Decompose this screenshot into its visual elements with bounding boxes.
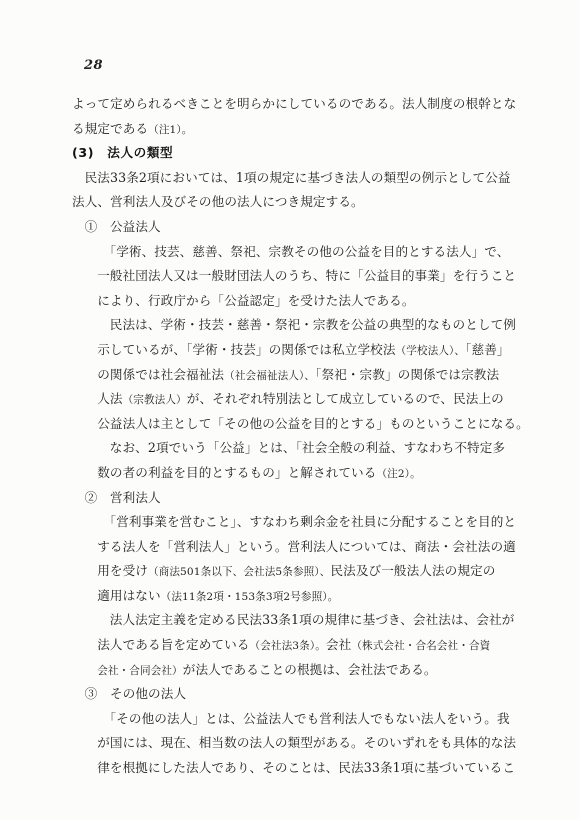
text-line: 民法33条2項においては、1項の規定に基づき法人の類型の例示として公益 [72,166,532,191]
text-line: 適用はない（法11条2項・153条3項2号参照）。 [72,584,532,609]
text-segment: 民法及び一般法人法の規定の [330,563,495,578]
text-line: 用を受け（商法501条以下、会社法5条参照）、民法及び一般法人法の規定の [72,559,532,584]
page-number: 28 [84,58,103,73]
text-segment: 会社 [326,637,351,652]
text-segment: 法人、営利法人及びその他の法人につき規定する。 [72,194,364,209]
text-segment: の関係では社会福祉法 [97,367,224,382]
text-segment: （学校法人）、 [396,345,466,357]
text-segment: よって定められるべきことを明らかにしているのである。法人制度の根幹とな [72,96,516,111]
text-line: なお、2項でいう「公益」とは、「社会全般の利益、すなわち不特定多 [72,436,532,461]
text-segment: （株式会社・合名会社・合資 [351,640,490,652]
text-segment: が法人であることの根拠は、会社法である。 [183,662,437,677]
text-line: 「営利事業を営むこと」、すなわち剰余金を社員に分配することを目的と [72,510,532,535]
text-line: 「学術、技芸、慈善、祭祀、宗教その他の公益を目的とする法人」で、 [72,240,532,265]
text-line: 民法は、学術・技芸・慈善・祭祀・宗教を公益の典型的なものとして例 [72,313,532,338]
text-line: 公益法人は主として「その他の公益を目的とする」ものということになる。 [72,412,532,437]
text-line: する法人を「営利法人」という。営利法人については、商法・会社法の適 [72,535,532,560]
section-heading: (3) 法人の類型 [72,141,532,166]
text-segment: が国には、現在、相当数の法人の類型がある。そのいずれをも具体的な法 [97,735,516,750]
text-line: 法人法定主義を定める民法33条1項の規律に基づき、会社法は、会社が [72,608,532,633]
text-line: 律を根拠にした法人であり、そのことは、民法33条1項に基づいているこ [72,756,532,781]
text-segment: 一般社団法人又は一般財団法人のうち、特に「公益目的事業」を行うこと [97,268,516,283]
text-line: 法人である旨を定めている（会社法3条）。会社（株式会社・合名会社・合資 [72,633,532,658]
text-line: 会社・合同会社）が法人であることの根拠は、会社法である。 [72,658,532,683]
text-segment: 示しているが、「学術・技芸」の関係では私立学校法 [97,342,395,357]
text-segment: 民法は、学術・技芸・慈善・祭祀・宗教を公益の典型的なものとして例 [110,317,516,332]
text-line: 示しているが、「学術・技芸」の関係では私立学校法（学校法人）、「慈善」 [72,338,532,363]
book-page: 28 よって定められるべきことを明らかにしているのである。法人制度の根幹となる規… [0,0,580,820]
text-segment: 「営利事業を営むこと」、すなわち剰余金を社員に分配することを目的と [104,514,517,529]
text-line: ② 営利法人 [72,486,532,511]
text-segment: 「その他の法人」とは、公益法人でも営利法人でもない法人をいう。我 [104,711,510,726]
text-line: が国には、現在、相当数の法人の類型がある。そのいずれをも具体的な法 [72,731,532,756]
text-segment: 民法33条2項においては、1項の規定に基づき法人の類型の例示として公益 [85,170,511,185]
text-segment: （商法501条以下、会社法5条参照）、 [148,566,330,578]
text-segment: 公益法人は主として「その他の公益を目的とする」ものということになる。 [97,416,529,431]
text-line: 法人、営利法人及びその他の法人につき規定する。 [72,190,532,215]
text-segment: る規定である [72,121,148,136]
text-segment: ③ その他の法人 [85,686,187,701]
text-line: よって定められるべきことを明らかにしているのである。法人制度の根幹とな [72,92,532,117]
text-segment: が、それぞれ特別法として成立しているので、民法上の [187,391,504,406]
text-segment: （会社法3条）。 [250,640,326,652]
text-segment: （宗教法人） [123,394,187,406]
text-line: により、行政庁から「公益認定」を受けた法人である。 [72,289,532,314]
text-segment: （法11条2項・153条3項2号参照）。 [161,591,339,603]
text-segment: する法人を「営利法人」という。営利法人については、商法・会社法の適 [97,539,516,554]
text-segment: 用を受け [97,563,148,578]
text-segment: 「学術、技芸、慈善、祭祀、宗教その他の公益を目的とする法人」で、 [104,244,510,259]
text-segment: (3) 法人の類型 [72,145,173,160]
text-segment: ② 営利法人 [85,490,161,505]
text-line: る規定である（注1）。 [72,117,532,142]
text-line: ① 公益法人 [72,215,532,240]
text-segment: 「慈善」 [465,342,509,357]
text-line: 「その他の法人」とは、公益法人でも営利法人でもない法人をいう。我 [72,707,532,732]
text-segment: 人法 [97,391,122,406]
text-segment: 「祭祀・宗教」の関係では宗教法 [315,367,499,382]
text-segment: ① 公益法人 [85,219,161,234]
text-line: 数の者の利益を目的とするもの」と解されている（注2）。 [72,461,532,486]
text-segment: 数の者の利益を目的とするもの」と解されている [97,465,376,480]
text-segment: 会社・合同会社） [97,665,183,677]
document-body: よって定められるべきことを明らかにしているのである。法人制度の根幹となる規定であ… [72,92,532,781]
text-segment: （注2）。 [376,468,420,480]
text-segment: （注1）。 [148,124,192,136]
text-line: 人法（宗教法人）が、それぞれ特別法として成立しているので、民法上の [72,387,532,412]
text-segment: なお、2項でいう「公益」とは、「社会全般の利益、すなわち不特定多 [110,440,505,455]
text-segment: 律を根拠にした法人であり、そのことは、民法33条1項に基づいているこ [97,760,515,775]
text-segment: により、行政庁から「公益認定」を受けた法人である。 [97,293,414,308]
text-segment: 法人である旨を定めている [97,637,249,652]
text-segment: 法人法定主義を定める民法33条1項の規律に基づき、会社法は、会社が [110,612,515,627]
text-line: 一般社団法人又は一般財団法人のうち、特に「公益目的事業」を行うこと [72,264,532,289]
text-line: ③ その他の法人 [72,682,532,707]
text-line: の関係では社会福祉法（社会福祉法人）、「祭祀・宗教」の関係では宗教法 [72,363,532,388]
text-segment: 適用はない [97,588,160,603]
text-segment: （社会福祉法人）、 [224,370,315,382]
